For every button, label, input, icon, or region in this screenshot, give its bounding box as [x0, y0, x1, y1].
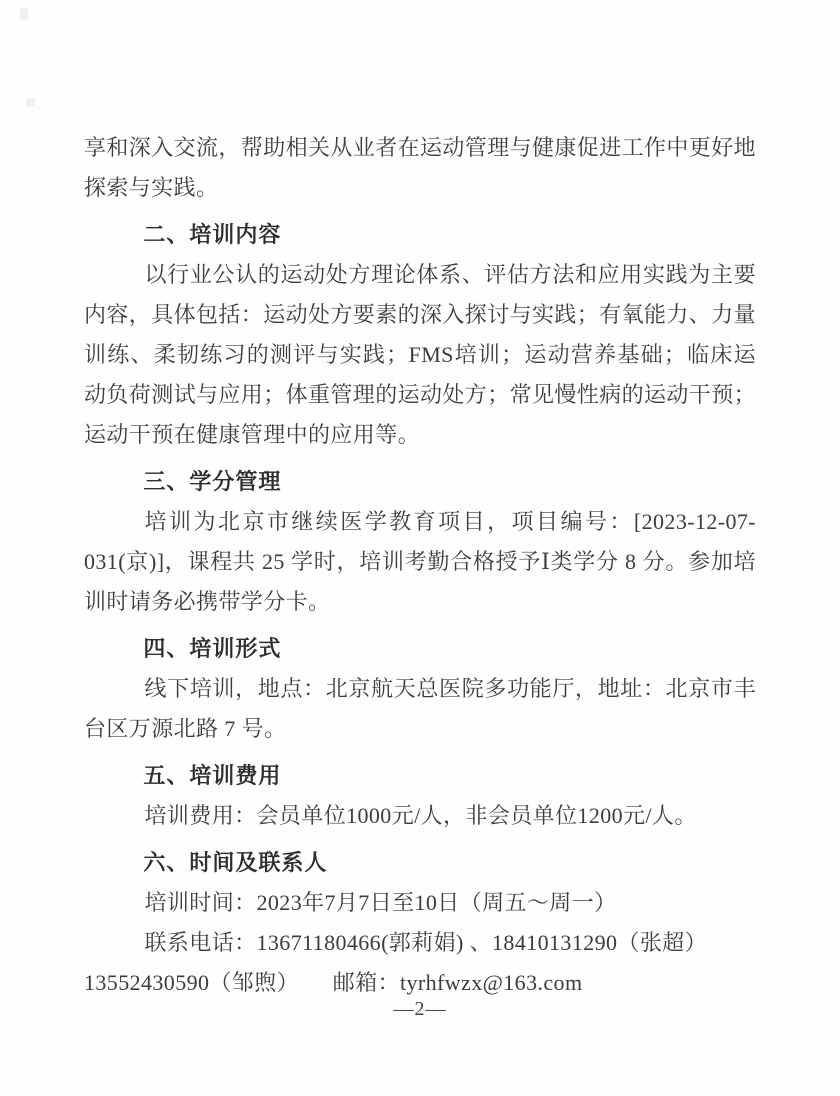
section-credit-management: 三、学分管理 培训为北京市继续医学教育项目，项目编号：[2023-12-07-0…	[84, 462, 756, 622]
section-training-fee: 五、培训费用 培训费用：会员单位1000元/人，非会员单位1200元/人。	[84, 756, 756, 836]
section-heading: 五、培训费用	[84, 756, 756, 796]
page-number: —2—	[0, 998, 840, 1021]
section-training-content: 二、培训内容 以行业公认的运动处方理论体系、评估方法和应用实践为主要内容，具体包…	[84, 215, 756, 455]
document-page: 享和深入交流，帮助相关从业者在运动管理与健康促进工作中更好地探索与实践。 二、培…	[0, 0, 840, 1096]
section-paragraph: 培训为北京市继续医学教育项目，项目编号：[2023-12-07-031(京)]，…	[84, 502, 756, 622]
contact-phone-email-line: 13552430590（邹煦） 邮箱：tyrhfwzx@163.com	[84, 963, 756, 1003]
section-paragraph: 线下培训，地点：北京航天总医院多功能厅，地址：北京市丰台区万源北路 7 号。	[84, 669, 756, 749]
section-heading: 六、时间及联系人	[84, 843, 756, 883]
section-heading: 二、培训内容	[84, 215, 756, 255]
section-time-and-contacts: 六、时间及联系人 培训时间：2023年7月7日至10日（周五～周一） 联系电话：…	[84, 843, 756, 1003]
scan-artifact	[20, 8, 28, 20]
intro-continuation-paragraph: 享和深入交流，帮助相关从业者在运动管理与健康促进工作中更好地探索与实践。	[84, 128, 756, 208]
section-paragraph: 培训费用：会员单位1000元/人，非会员单位1200元/人。	[84, 796, 756, 836]
scan-artifact	[26, 98, 35, 107]
section-heading: 四、培训形式	[84, 629, 756, 669]
section-heading: 三、学分管理	[84, 462, 756, 502]
training-time-line: 培训时间：2023年7月7日至10日（周五～周一）	[84, 883, 756, 923]
document-content: 享和深入交流，帮助相关从业者在运动管理与健康促进工作中更好地探索与实践。 二、培…	[84, 128, 756, 1003]
section-training-format: 四、培训形式 线下培训，地点：北京航天总医院多功能厅，地址：北京市丰台区万源北路…	[84, 629, 756, 749]
section-paragraph: 以行业公认的运动处方理论体系、评估方法和应用实践为主要内容，具体包括：运动处方要…	[84, 255, 756, 455]
contact-phone-line: 联系电话：13671180466(郭莉娟) 、18410131290（张超）	[84, 923, 756, 963]
